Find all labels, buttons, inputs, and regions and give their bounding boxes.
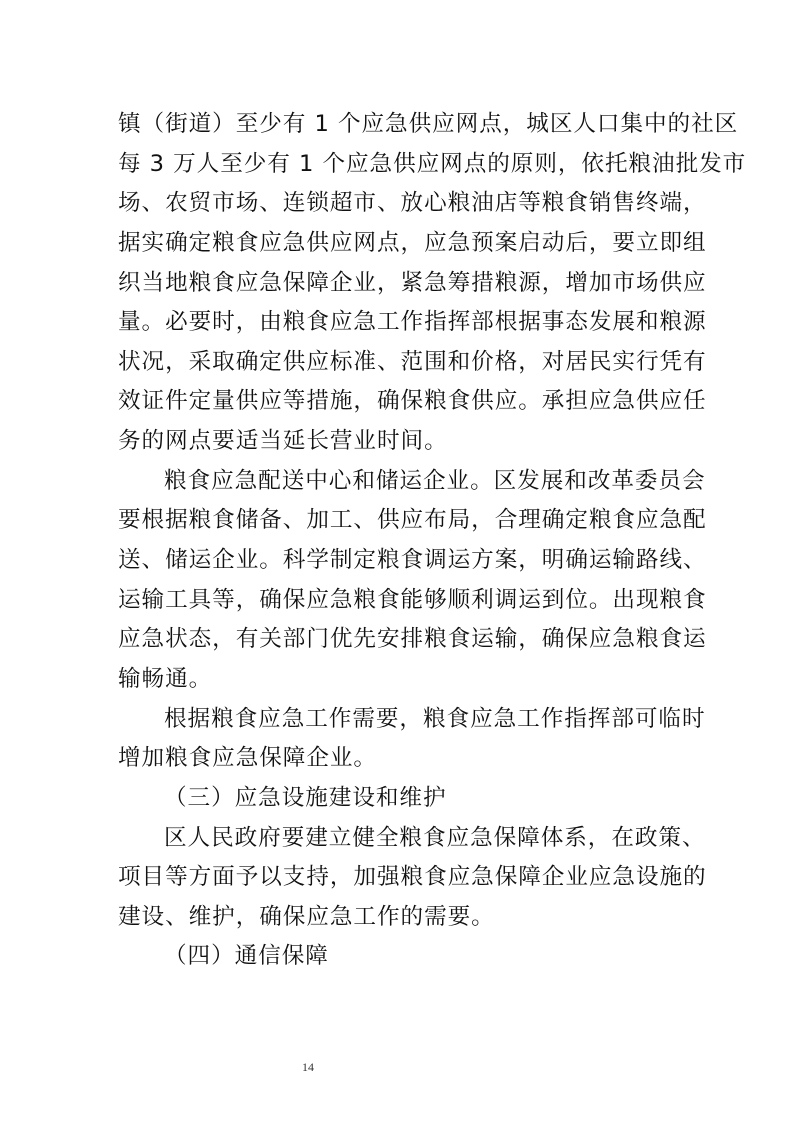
page-number: 14 (298, 1060, 318, 1075)
text-line: 务的网点要适当延长营业时间。 (118, 422, 674, 462)
text-line: 场、农贸市场、连锁超市、放心粮油店等粮食销售终端， (118, 184, 674, 224)
text-line: 状况，采取确定供应标准、范围和价格，对居民实行凭有 (118, 343, 674, 383)
text-line: 根据粮食应急工作需要，粮食应急工作指挥部可临时 (118, 700, 674, 740)
section-heading: （三）应急设施建设和维护 (118, 779, 674, 819)
text-line: 输畅通。 (118, 660, 674, 700)
text-line: 运输工具等，确保应急粮食能够顺利调运到位。出现粮食 (118, 581, 674, 621)
text-line: 区人民政府要建立健全粮食应急保障体系，在政策、 (118, 819, 674, 859)
text-line: 要根据粮食储备、加工、供应布局，合理确定粮食应急配 (118, 501, 674, 541)
section-heading-communications: （四）通信保障 (118, 937, 674, 977)
text-line: 效证件定量供应等措施，确保粮食供应。承担应急供应任 (118, 382, 674, 422)
section-heading-facilities: （三）应急设施建设和维护 (118, 779, 674, 819)
text-line: 每 3 万人至少有 1 个应急供应网点的原则，依托粮油批发市 (118, 145, 674, 185)
paragraph-supply-points: 镇（街道）至少有 1 个应急供应网点，城区人口集中的社区 每 3 万人至少有 1… (118, 105, 674, 462)
text-line: 量。必要时，由粮食应急工作指挥部根据事态发展和粮源 (118, 303, 674, 343)
text-line: 织当地粮食应急保障企业，紧急筹措粮源，增加市场供应 (118, 264, 674, 304)
text-line: 增加粮食应急保障企业。 (118, 739, 674, 779)
text-line: 镇（街道）至少有 1 个应急供应网点，城区人口集中的社区 (118, 105, 674, 145)
text-line: 据实确定粮食应急供应网点，应急预案启动后，要立即组 (118, 224, 674, 264)
document-page: 镇（街道）至少有 1 个应急供应网点，城区人口集中的社区 每 3 万人至少有 1… (0, 0, 793, 1122)
text-line: 应急状态，有关部门优先安排粮食运输，确保应急粮食运 (118, 620, 674, 660)
text-line: 送、储运企业。科学制定粮食调运方案，明确运输路线、 (118, 541, 674, 581)
text-line: 项目等方面予以支持，加强粮食应急保障企业应急设施的 (118, 858, 674, 898)
document-body: 镇（街道）至少有 1 个应急供应网点，城区人口集中的社区 每 3 万人至少有 1… (118, 105, 674, 977)
paragraph-distribution-centers: 粮食应急配送中心和储运企业。区发展和改革委员会 要根据粮食储备、加工、供应布局，… (118, 462, 674, 700)
paragraph-add-enterprises: 根据粮食应急工作需要，粮食应急工作指挥部可临时 增加粮食应急保障企业。 (118, 700, 674, 779)
section-heading: （四）通信保障 (118, 937, 674, 977)
text-line: 粮食应急配送中心和储运企业。区发展和改革委员会 (118, 462, 674, 502)
paragraph-facilities: 区人民政府要建立健全粮食应急保障体系，在政策、 项目等方面予以支持，加强粮食应急… (118, 819, 674, 938)
text-line: 建设、维护，确保应急工作的需要。 (118, 898, 674, 938)
